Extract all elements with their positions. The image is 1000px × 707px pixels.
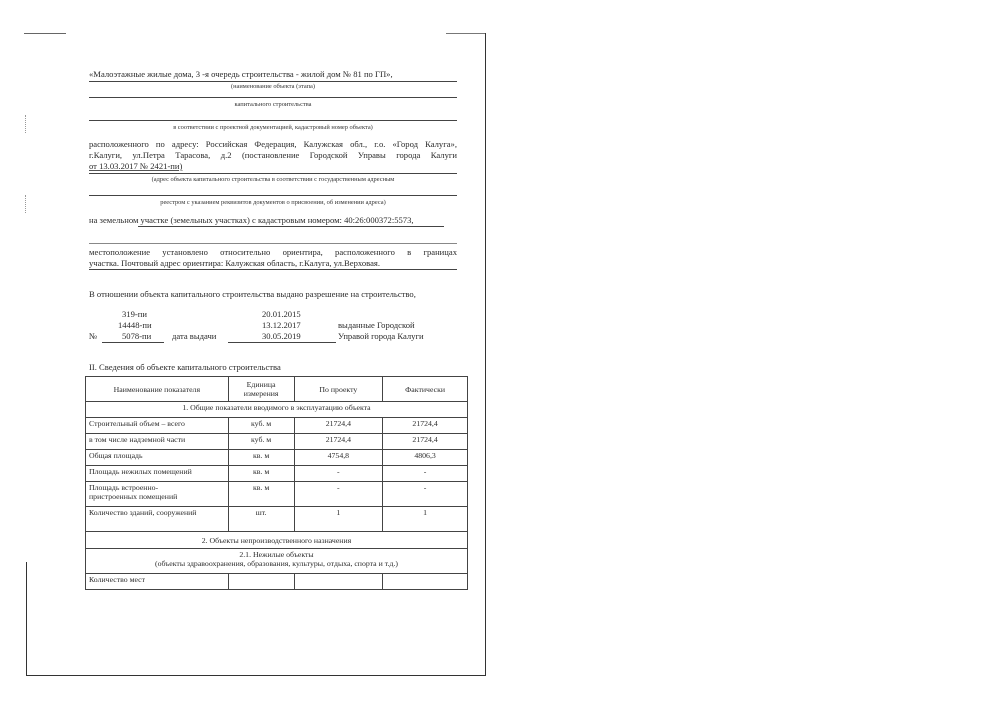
permit-number-2: 14448-пи	[118, 320, 152, 331]
row-actual: 21724,4	[383, 434, 468, 450]
row-actual: 4806,3	[383, 450, 468, 466]
address-line-2: г.Калуги, ул.Петра Тарасова, д.2 (постан…	[89, 150, 457, 161]
row-name: Площадь встроенно-пристроенных помещений	[86, 482, 229, 507]
row-project: 4754,8	[294, 450, 383, 466]
permit-intro: В отношении объекта капитального строите…	[89, 289, 416, 300]
object-info-table: Наименование показателя Единица измерени…	[85, 376, 468, 590]
blank-line-3	[89, 195, 457, 196]
row-name: Площадь нежилых помещений	[86, 466, 229, 482]
row-unit: кв. м	[228, 450, 294, 466]
row-unit	[228, 574, 294, 590]
location-line-2: участка. Почтовый адрес ориентира: Калуж…	[89, 258, 380, 269]
table-row: Общая площадь кв. м 4754,8 4806,3	[86, 450, 468, 466]
header-name: Наименование показателя	[86, 377, 229, 402]
scan-mark-left-dots	[25, 115, 26, 133]
permit-number-1: 319-пи	[122, 309, 147, 320]
caption-address-1: (адрес объекта капитального строительств…	[89, 176, 457, 184]
row-name: в том числе надземной части	[86, 434, 229, 450]
caption-capital: капитального строительства	[89, 101, 457, 109]
row-actual: -	[383, 466, 468, 482]
row-project: 1	[294, 507, 383, 532]
row-project: -	[294, 482, 383, 507]
blank-line-2	[89, 120, 457, 121]
row-unit: куб. м	[228, 418, 294, 434]
row-name: Строительный объем – всего	[86, 418, 229, 434]
address-underline	[89, 173, 457, 174]
permit-number-underline	[102, 342, 164, 343]
row-actual: 21724,4	[383, 418, 468, 434]
group-row: 1. Общие показатели вводимого в эксплуат…	[86, 402, 468, 418]
group-row: 2.1. Нежилые объекты (объекты здравоохра…	[86, 549, 468, 574]
row-project: 21724,4	[294, 418, 383, 434]
land-plot-underline	[138, 226, 444, 227]
row-actual	[383, 574, 468, 590]
page-border-bottom	[26, 675, 486, 676]
address-line-3: от 13.03.2017 № 2421-пи)	[89, 161, 182, 172]
group-2-1: 2.1. Нежилые объекты (объекты здравоохра…	[86, 549, 468, 574]
row-actual: -	[383, 482, 468, 507]
table-row: Количество зданий, сооружений шт. 1 1	[86, 507, 468, 532]
permit-date-underline	[228, 342, 336, 343]
caption-address-2: реестром с указанием реквизитов документ…	[89, 199, 457, 207]
row-unit: шт.	[228, 507, 294, 532]
table-row: Площадь встроенно-пристроенных помещений…	[86, 482, 468, 507]
page-border-right	[485, 33, 486, 675]
header-unit: Единица измерения	[228, 377, 294, 402]
row-unit: кв. м	[228, 482, 294, 507]
caption-object-name: (наименование объекта (этапа)	[89, 83, 457, 91]
row-project: -	[294, 466, 383, 482]
table-row: в том числе надземной части куб. м 21724…	[86, 434, 468, 450]
land-plot: на земельном участке (земельных участках…	[89, 215, 414, 226]
object-name-underline	[89, 81, 457, 82]
blank-line-4	[89, 243, 457, 244]
page-border-left	[26, 562, 27, 675]
group-2-1-subtitle: (объекты здравоохранения, образования, к…	[89, 559, 464, 568]
address-line-1: расположенного по адресу: Российская Фед…	[89, 139, 457, 150]
group-2-1-title: 2.1. Нежилые объекты	[89, 550, 464, 559]
object-name: «Малоэтажные жилые дома, 3 -я очередь ст…	[89, 69, 393, 80]
permit-issuer-1: выданные Городской	[338, 320, 415, 331]
permit-number-3: 5078-пи	[122, 331, 151, 342]
scan-mark-left-dots	[25, 195, 26, 213]
group-1-title: 1. Общие показатели вводимого в эксплуат…	[86, 402, 468, 418]
group-2-title: 2. Объекты непроизводственного назначени…	[86, 532, 468, 549]
scan-mark-top-left	[24, 33, 66, 34]
row-unit: куб. м	[228, 434, 294, 450]
table-row: Площадь нежилых помещений кв. м - -	[86, 466, 468, 482]
row-name: Количество мест	[86, 574, 229, 590]
permit-number-label: №	[89, 331, 97, 342]
group-row: 2. Объекты непроизводственного назначени…	[86, 532, 468, 549]
blank-line-1	[89, 97, 457, 98]
page-border-top	[446, 33, 486, 34]
permit-date-3: 30.05.2019	[262, 331, 301, 342]
row-name: Количество зданий, сооружений	[86, 507, 229, 532]
header-actual: Фактически	[383, 377, 468, 402]
table-row: Количество мест	[86, 574, 468, 590]
permit-date-label: дата выдачи	[172, 331, 216, 342]
table-header-row: Наименование показателя Единица измерени…	[86, 377, 468, 402]
permit-issuer-2: Управой города Калуги	[338, 331, 424, 342]
location-line-1: местоположение установлено относительно …	[89, 247, 457, 258]
row-unit: кв. м	[228, 466, 294, 482]
table-row: Строительный объем – всего куб. м 21724,…	[86, 418, 468, 434]
permit-date-1: 20.01.2015	[262, 309, 301, 320]
row-project: 21724,4	[294, 434, 383, 450]
row-project	[294, 574, 383, 590]
section-title: II. Сведения об объекте капитального стр…	[89, 362, 281, 373]
caption-project-doc: в соответствии с проектной документацией…	[89, 124, 457, 132]
location-underline	[89, 269, 457, 270]
row-actual: 1	[383, 507, 468, 532]
row-name: Общая площадь	[86, 450, 229, 466]
permit-date-2: 13.12.2017	[262, 320, 301, 331]
header-project: По проекту	[294, 377, 383, 402]
